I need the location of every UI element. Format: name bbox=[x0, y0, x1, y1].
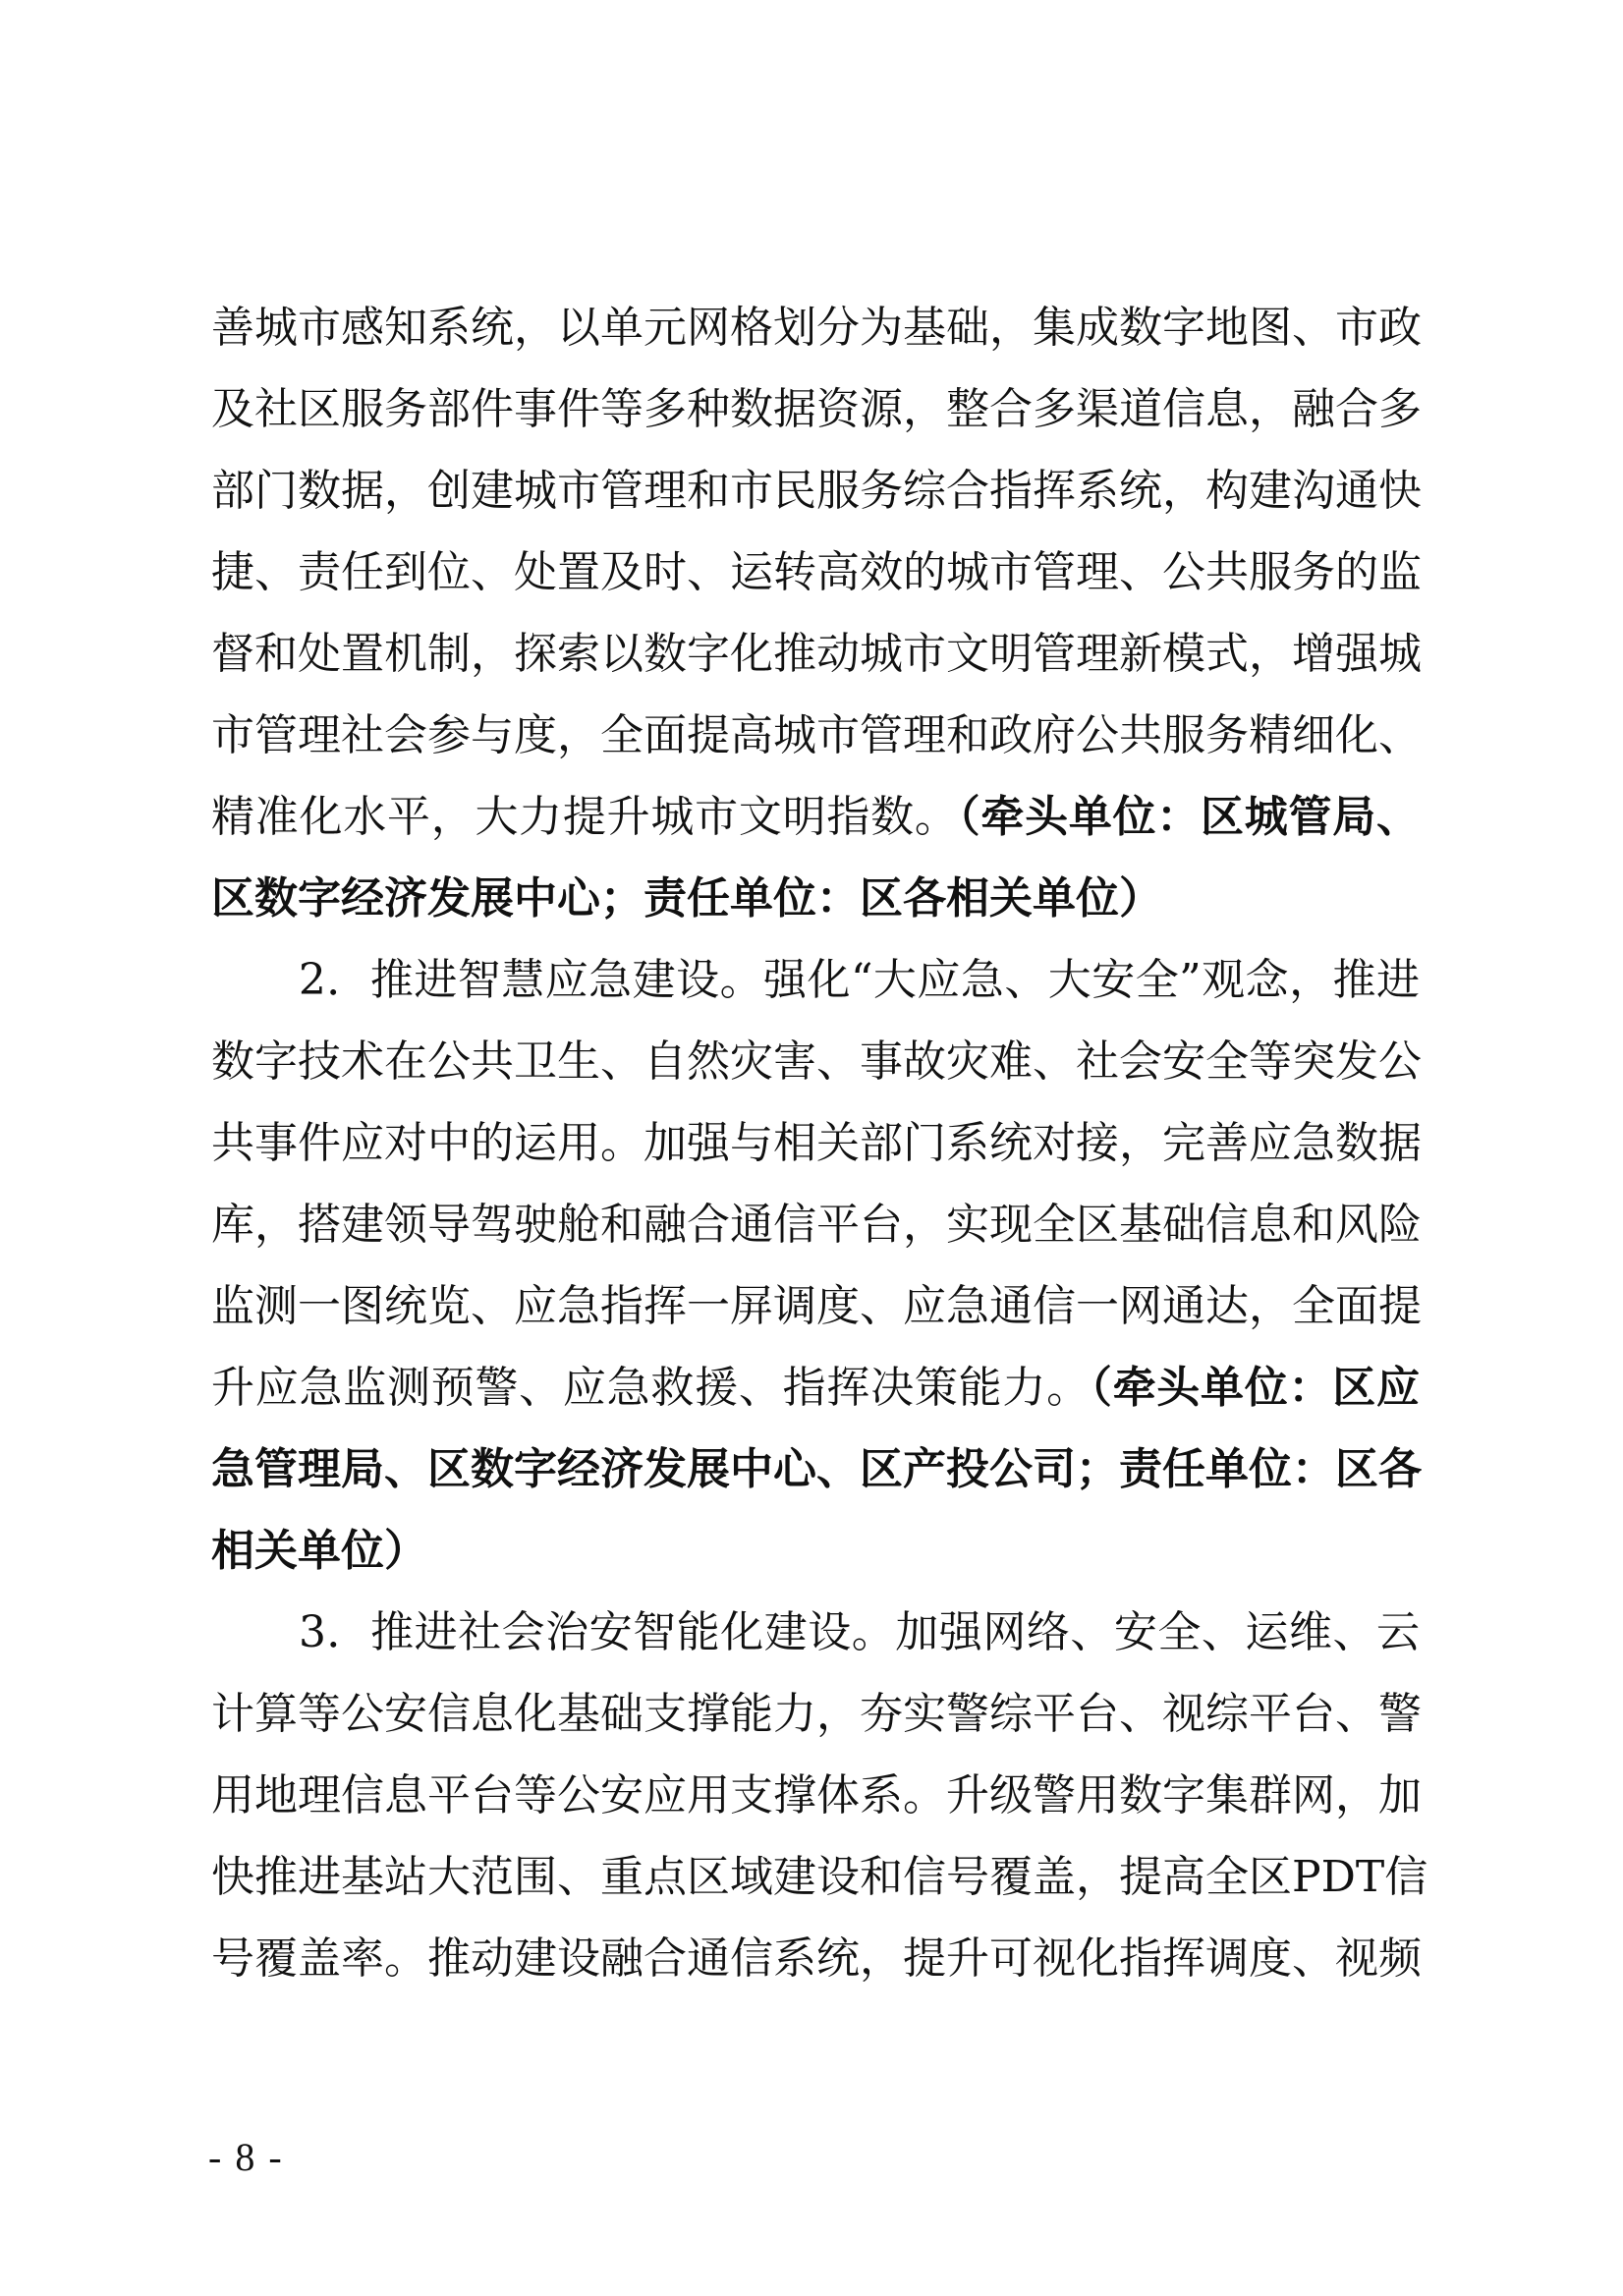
paragraph-text: 共事件应对中的运用。加强与相关部门系统对接，完善应急数据 bbox=[211, 1118, 1422, 1168]
paragraph-text: 号覆盖率。推动建设融合通信系统，提升可视化指挥调度、视频 bbox=[211, 1933, 1422, 1984]
paragraph-text: 库，搭建领导驾驶舱和融合通信平台，实现全区基础信息和风险 bbox=[211, 1200, 1422, 1250]
text-line: 督和处置机制，探索以数字化推动城市文明管理新模式，增强城 bbox=[211, 613, 1420, 695]
text-line: 监测一图统览、应急指挥一屏调度、应急通信一网通达，全面提 bbox=[211, 1265, 1420, 1347]
responsible-units-text: （牵头单位：区城管局、 bbox=[959, 792, 1420, 842]
text-line: 急管理局、区数字经济发展中心、区产投公司；责任单位：区各 bbox=[211, 1428, 1420, 1510]
text-line: 精准化水平，大力提升城市文明指数。（牵头单位：区城管局、 bbox=[211, 776, 1420, 858]
paragraph-text: 监测一图统览、应急指挥一屏调度、应急通信一网通达，全面提 bbox=[211, 1281, 1422, 1331]
paragraph-text: 部门数据，创建城市管理和市民服务综合指挥系统，构建沟通快 bbox=[211, 466, 1422, 516]
paragraph-text: 督和处置机制，探索以数字化推动城市文明管理新模式，增强城 bbox=[211, 629, 1422, 679]
paragraph-text: 市管理社会参与度，全面提高城市管理和政府公共服务精细化、 bbox=[211, 710, 1422, 760]
paragraph-text: 3．推进社会治安智能化建设。加强网络、安全、运维、云 bbox=[211, 1607, 1420, 1657]
text-line: 数字技术在公共卫生、自然灾害、事故灾难、社会安全等突发公 bbox=[211, 1021, 1420, 1102]
text-line: 市管理社会参与度，全面提高城市管理和政府公共服务精细化、 bbox=[211, 695, 1420, 776]
paragraph-text: 快推进基站大范围、重点区域建设和信号覆盖，提高全区PDT信 bbox=[211, 1852, 1427, 1902]
text-line: 相关单位） bbox=[211, 1510, 1420, 1592]
paragraph-text: 升应急监测预警、应急救援、指挥决策能力。 bbox=[211, 1363, 1091, 1413]
responsible-units-text: （牵头单位：区应 bbox=[1091, 1363, 1420, 1413]
paragraph-text: 善城市感知系统，以单元网格划分为基础，集成数字地图、市政 bbox=[211, 303, 1422, 353]
page-number: - 8 - bbox=[208, 2134, 284, 2180]
paragraph-text: 2．推进智慧应急建设。强化“大应急、大安全”观念，推进 bbox=[211, 955, 1420, 1005]
text-line: 区数字经济发展中心；责任单位：区各相关单位） bbox=[211, 858, 1420, 939]
text-line: 及社区服务部件事件等多种数据资源，整合多渠道信息，融合多 bbox=[211, 368, 1420, 450]
paragraph-text: 精准化水平，大力提升城市文明指数。 bbox=[211, 792, 959, 842]
paragraph-text: 用地理信息平台等公安应用支撑体系。升级警用数字集群网，加 bbox=[211, 1770, 1422, 1820]
document-page: 善城市感知系统，以单元网格划分为基础，集成数字地图、市政及社区服务部件事件等多种… bbox=[0, 0, 1623, 2296]
text-line: 部门数据，创建城市管理和市民服务综合指挥系统，构建沟通快 bbox=[211, 450, 1420, 532]
paragraph-text: 计算等公安信息化基础支撑能力，夯实警综平台、视综平台、警 bbox=[211, 1689, 1422, 1739]
text-line: 2．推进智慧应急建设。强化“大应急、大安全”观念，推进 bbox=[211, 939, 1420, 1021]
text-line: 用地理信息平台等公安应用支撑体系。升级警用数字集群网，加 bbox=[211, 1755, 1420, 1836]
body-text: 善城市感知系统，以单元网格划分为基础，集成数字地图、市政及社区服务部件事件等多种… bbox=[211, 287, 1420, 1999]
text-line: 升应急监测预警、应急救援、指挥决策能力。（牵头单位：区应 bbox=[211, 1347, 1420, 1428]
responsible-units-text: 区数字经济发展中心；责任单位：区各相关单位） bbox=[211, 873, 1162, 924]
paragraph-text: 捷、责任到位、处置及时、运转高效的城市管理、公共服务的监 bbox=[211, 547, 1422, 597]
paragraph-text: 及社区服务部件事件等多种数据资源，整合多渠道信息，融合多 bbox=[211, 384, 1422, 434]
text-line: 库，搭建领导驾驶舱和融合通信平台，实现全区基础信息和风险 bbox=[211, 1184, 1420, 1265]
responsible-units-text: 急管理局、区数字经济发展中心、区产投公司；责任单位：区各 bbox=[211, 1444, 1422, 1494]
text-line: 3．推进社会治安智能化建设。加强网络、安全、运维、云 bbox=[211, 1592, 1420, 1673]
text-line: 捷、责任到位、处置及时、运转高效的城市管理、公共服务的监 bbox=[211, 532, 1420, 613]
paragraph-text: 数字技术在公共卫生、自然灾害、事故灾难、社会安全等突发公 bbox=[211, 1036, 1422, 1087]
text-line: 计算等公安信息化基础支撑能力，夯实警综平台、视综平台、警 bbox=[211, 1673, 1420, 1755]
text-line: 共事件应对中的运用。加强与相关部门系统对接，完善应急数据 bbox=[211, 1102, 1420, 1184]
text-line: 善城市感知系统，以单元网格划分为基础，集成数字地图、市政 bbox=[211, 287, 1420, 368]
text-line: 号覆盖率。推动建设融合通信系统，提升可视化指挥调度、视频 bbox=[211, 1918, 1420, 1999]
responsible-units-text: 相关单位） bbox=[211, 1526, 427, 1576]
text-line: 快推进基站大范围、重点区域建设和信号覆盖，提高全区PDT信 bbox=[211, 1836, 1420, 1918]
